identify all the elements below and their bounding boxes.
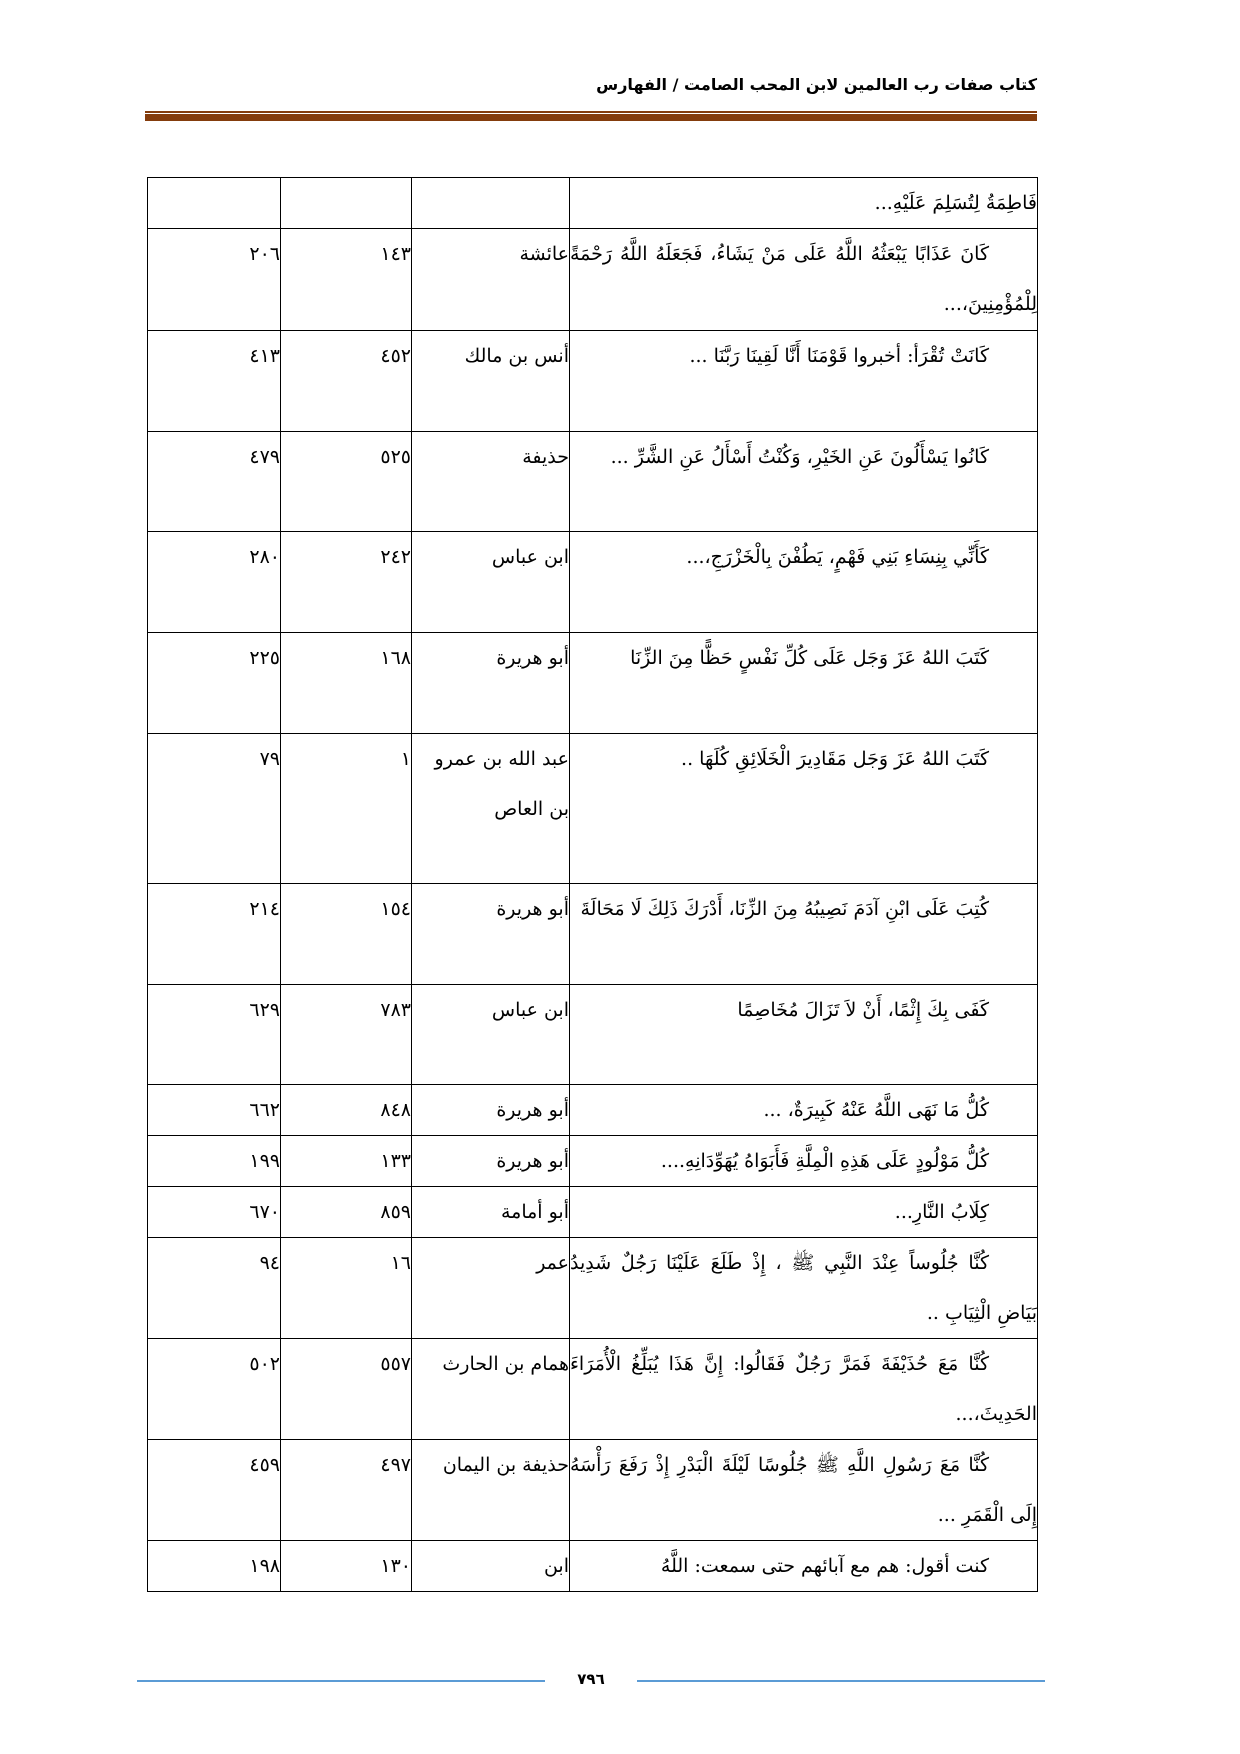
narrator-cell: ابن عباس <box>412 985 570 1085</box>
number-cell: ١٣٣ <box>281 1136 412 1187</box>
page-cell: ٤٧٩ <box>148 432 281 532</box>
page-cell: ٢٢٥ <box>148 633 281 734</box>
header-rule-thick <box>145 114 1037 121</box>
table-row: كَتَبَ اللهُ عَزَ وَجَل مَقَادِيرَ الْخَ… <box>148 734 1038 884</box>
hadith-text-value: كَانَتْ تُقْرَأ: أخبروا قَوْمَنَا أَنَّا… <box>570 331 1037 381</box>
narrator-value: حذيفة بن اليمان <box>443 1454 569 1476</box>
hadith-text-value: كَانَ عَذَابًا يَبْعَثُهُ اللَّهُ عَلَى … <box>570 229 1037 329</box>
page-footer: ٧٩٦ <box>137 1666 1045 1696</box>
narrator-cell: حذيفة بن اليمان <box>412 1440 570 1541</box>
number-value: ٧٨٣ <box>380 999 411 1021</box>
header-rule-thin <box>145 111 1037 113</box>
page-value: ٦٦٢ <box>249 1099 280 1121</box>
page-value: ٢١٤ <box>249 898 280 920</box>
number-value: ٨٤٨ <box>380 1099 411 1121</box>
number-cell: ٢٤٢ <box>281 532 412 633</box>
footer-rule-right <box>637 1680 1045 1682</box>
page-cell: ٧٩ <box>148 734 281 884</box>
hadith-text-cell: فَاطِمَةُ لِتُسَلِمَ عَلَيْهِ... <box>570 178 1038 229</box>
number-value: ٨٥٩ <box>380 1201 411 1223</box>
narrator-cell: عبد الله بن عمرو بن العاص <box>412 734 570 884</box>
page-value: ١٩٨ <box>249 1555 280 1577</box>
hadith-text-value: كَتَبَ اللهُ عَزَ وَجَل مَقَادِيرَ الْخَ… <box>570 734 1037 784</box>
number-cell: ٥٥٧ <box>281 1339 412 1440</box>
table-row: كُتِبَ عَلَى ابْنِ آدَمَ نَصِيبُهُ مِنَ … <box>148 884 1038 985</box>
hadith-text-cell: كُنَّا جُلُوساً عِنْدَ النَّبِي ﷺ ، إِذْ… <box>570 1238 1038 1339</box>
hadith-text-cell: كُلُّ مَوْلُودٍ عَلَى هَذِهِ الْمِلَّةِ … <box>570 1136 1038 1187</box>
number-cell: ١٦٨ <box>281 633 412 734</box>
table-row: كَانُوا يَسْأَلُونَ عَنِ الخَيْرِ، وَكُن… <box>148 432 1038 532</box>
page-cell: ٤١٣ <box>148 331 281 432</box>
page-value: ١٩٩ <box>249 1150 280 1172</box>
table-row: كَفَى بِكَ إِثْمًا، أَنْ لاَ تَزَالَ مُخ… <box>148 985 1038 1085</box>
hadith-text-value: كَأَنِّي بِنِسَاءِ بَنِي فَهْمٍ، يَطُفْن… <box>570 532 1037 582</box>
narrator-value: أنس بن مالك <box>465 345 569 367</box>
number-value: ٤٩٧ <box>380 1454 411 1476</box>
page-cell: ٥٠٢ <box>148 1339 281 1440</box>
page-cell <box>148 178 281 229</box>
narrator-cell: أبو هريرة <box>412 633 570 734</box>
page-value: ٤١٣ <box>249 345 280 367</box>
page-number: ٧٩٦ <box>545 1666 637 1692</box>
narrator-cell: ابن <box>412 1541 570 1592</box>
narrator-value: أبو هريرة <box>496 1099 569 1121</box>
number-cell: ٤٥٢ <box>281 331 412 432</box>
narrator-value: ابن عباس <box>492 546 569 568</box>
narrator-value: ابن <box>544 1555 569 1577</box>
page-cell: ٢٠٦ <box>148 229 281 331</box>
page-cell: ٤٥٩ <box>148 1440 281 1541</box>
hadith-text-value: كُنَّا مَعَ رَسُولِ اللَّهِ ﷺ جُلُوسًا ل… <box>570 1440 1037 1540</box>
table-row: كِلَابُ النَّارِ...أبو أمامة٨٥٩٦٧٠ <box>148 1187 1038 1238</box>
narrator-cell: أنس بن مالك <box>412 331 570 432</box>
page-value: ٦٧٠ <box>249 1201 280 1223</box>
number-value: ٥٢٥ <box>380 446 411 468</box>
page-value: ٩٤ <box>260 1252 280 1274</box>
hadith-text-value: كُتِبَ عَلَى ابْنِ آدَمَ نَصِيبُهُ مِنَ … <box>570 884 1037 934</box>
number-value: ١ <box>401 748 411 770</box>
number-cell: ٤٩٧ <box>281 1440 412 1541</box>
number-cell <box>281 178 412 229</box>
page-value: ٥٠٢ <box>249 1353 280 1375</box>
hadith-text-value: كُنَّا جُلُوساً عِنْدَ النَّبِي ﷺ ، إِذْ… <box>570 1238 1037 1338</box>
table-row: كَأَنِّي بِنِسَاءِ بَنِي فَهْمٍ، يَطُفْن… <box>148 532 1038 633</box>
table-row: كُلُّ مَوْلُودٍ عَلَى هَذِهِ الْمِلَّةِ … <box>148 1136 1038 1187</box>
table-row: كنت أقول: هم مع آبائهم حتى سمعت: اللَّهُ… <box>148 1541 1038 1592</box>
page-cell: ٢١٤ <box>148 884 281 985</box>
number-value: ١٣٠ <box>380 1555 411 1577</box>
hadith-text-cell: كَانَ عَذَابًا يَبْعَثُهُ اللَّهُ عَلَى … <box>570 229 1038 331</box>
page-value: ٤٥٩ <box>249 1454 280 1476</box>
hadith-text-cell: كنت أقول: هم مع آبائهم حتى سمعت: اللَّهُ <box>570 1541 1038 1592</box>
hadith-text-cell: كَفَى بِكَ إِثْمًا، أَنْ لاَ تَزَالَ مُخ… <box>570 985 1038 1085</box>
number-cell: ١٦ <box>281 1238 412 1339</box>
number-cell: ٨٤٨ <box>281 1085 412 1136</box>
page-value: ٢٨٠ <box>249 546 280 568</box>
hadith-text-cell: كَانَتْ تُقْرَأ: أخبروا قَوْمَنَا أَنَّا… <box>570 331 1038 432</box>
table-row: كَانَتْ تُقْرَأ: أخبروا قَوْمَنَا أَنَّا… <box>148 331 1038 432</box>
table-row: كُنَّا مَعَ رَسُولِ اللَّهِ ﷺ جُلُوسًا ل… <box>148 1440 1038 1541</box>
page-cell: ٦٦٢ <box>148 1085 281 1136</box>
hadith-text-cell: كُتِبَ عَلَى ابْنِ آدَمَ نَصِيبُهُ مِنَ … <box>570 884 1038 985</box>
hadith-text-value: كُلُّ مَا نَهَى اللَّهُ عَنْهُ كَبِيرَةٌ… <box>570 1085 1037 1135</box>
hadith-text-value: فَاطِمَةُ لِتُسَلِمَ عَلَيْهِ... <box>570 178 1037 228</box>
hadith-text-cell: كُنَّا مَعَ رَسُولِ اللَّهِ ﷺ جُلُوسًا ل… <box>570 1440 1038 1541</box>
narrator-value: عبد الله بن عمرو بن العاص <box>435 748 569 820</box>
hadith-text-cell: كُلُّ مَا نَهَى اللَّهُ عَنْهُ كَبِيرَةٌ… <box>570 1085 1038 1136</box>
hadith-text-value: كنت أقول: هم مع آبائهم حتى سمعت: اللَّهُ <box>570 1541 1037 1591</box>
hadith-text-cell: كِلَابُ النَّارِ... <box>570 1187 1038 1238</box>
page-cell: ٢٨٠ <box>148 532 281 633</box>
narrator-value: أبو هريرة <box>496 647 569 669</box>
hadith-text-cell: كُنَّا مَعَ حُذَيْفَةَ فَمَرَّ رَجُلٌ فَ… <box>570 1339 1038 1440</box>
hadith-text-cell: كَتَبَ اللهُ عَزَ وَجَل عَلَى كُلِّ نَفْ… <box>570 633 1038 734</box>
number-value: ٥٥٧ <box>380 1353 411 1375</box>
hadith-text-cell: كَأَنِّي بِنِسَاءِ بَنِي فَهْمٍ، يَطُفْن… <box>570 532 1038 633</box>
narrator-value: أبو هريرة <box>496 1150 569 1172</box>
running-header: كتاب صفات رب العالمين لابن المحب الصامت … <box>145 70 1037 100</box>
narrator-cell: أبو هريرة <box>412 1085 570 1136</box>
narrator-value: أبو هريرة <box>496 898 569 920</box>
narrator-cell: أبو أمامة <box>412 1187 570 1238</box>
narrator-cell: همام بن الحارث <box>412 1339 570 1440</box>
number-cell: ٨٥٩ <box>281 1187 412 1238</box>
number-cell: ١٣٠ <box>281 1541 412 1592</box>
hadith-index-table: فَاطِمَةُ لِتُسَلِمَ عَلَيْهِ...كَانَ عَ… <box>147 177 1038 1592</box>
narrator-cell: أبو هريرة <box>412 1136 570 1187</box>
narrator-value: ابن عباس <box>492 999 569 1021</box>
footer-rule-left <box>137 1680 545 1682</box>
page-cell: ٦٧٠ <box>148 1187 281 1238</box>
page-value: ٧٩ <box>260 748 280 770</box>
narrator-value: عمر <box>536 1252 569 1274</box>
page-value: ٤٧٩ <box>249 446 280 468</box>
number-cell: ١٥٤ <box>281 884 412 985</box>
page-value: ٦٢٩ <box>249 999 280 1021</box>
page-cell: ١٩٩ <box>148 1136 281 1187</box>
narrator-value: أبو أمامة <box>501 1201 569 1223</box>
number-value: ١٥٤ <box>380 898 411 920</box>
hadith-text-cell: كَانُوا يَسْأَلُونَ عَنِ الخَيْرِ، وَكُن… <box>570 432 1038 532</box>
hadith-text-value: كَفَى بِكَ إِثْمًا، أَنْ لاَ تَزَالَ مُخ… <box>570 985 1037 1035</box>
narrator-cell <box>412 178 570 229</box>
page-cell: ٩٤ <box>148 1238 281 1339</box>
narrator-value: همام بن الحارث <box>442 1353 569 1375</box>
number-value: ١٣٣ <box>380 1150 411 1172</box>
number-value: ١٦٨ <box>380 647 411 669</box>
narrator-value: حذيفة <box>522 446 569 468</box>
table-row: كَانَ عَذَابًا يَبْعَثُهُ اللَّهُ عَلَى … <box>148 229 1038 331</box>
number-cell: ٥٢٥ <box>281 432 412 532</box>
hadith-text-value: كُلُّ مَوْلُودٍ عَلَى هَذِهِ الْمِلَّةِ … <box>570 1136 1037 1186</box>
table-row: كَتَبَ اللهُ عَزَ وَجَل عَلَى كُلِّ نَفْ… <box>148 633 1038 734</box>
number-cell: ١٤٣ <box>281 229 412 331</box>
table-row: كُنَّا جُلُوساً عِنْدَ النَّبِي ﷺ ، إِذْ… <box>148 1238 1038 1339</box>
narrator-cell: عمر <box>412 1238 570 1339</box>
number-value: ٢٤٢ <box>380 546 411 568</box>
hadith-text-value: كَتَبَ اللهُ عَزَ وَجَل عَلَى كُلِّ نَفْ… <box>570 633 1037 683</box>
table-row: كُلُّ مَا نَهَى اللَّهُ عَنْهُ كَبِيرَةٌ… <box>148 1085 1038 1136</box>
number-value: ١٤٣ <box>380 243 411 265</box>
number-cell: ٧٨٣ <box>281 985 412 1085</box>
narrator-cell: حذيفة <box>412 432 570 532</box>
narrator-cell: أبو هريرة <box>412 884 570 985</box>
page-cell: ١٩٨ <box>148 1541 281 1592</box>
table-row: فَاطِمَةُ لِتُسَلِمَ عَلَيْهِ... <box>148 178 1038 229</box>
number-value: ٤٥٢ <box>380 345 411 367</box>
hadith-text-value: كُنَّا مَعَ حُذَيْفَةَ فَمَرَّ رَجُلٌ فَ… <box>570 1339 1037 1439</box>
narrator-cell: ابن عباس <box>412 532 570 633</box>
number-cell: ١ <box>281 734 412 884</box>
hadith-text-value: كَانُوا يَسْأَلُونَ عَنِ الخَيْرِ، وَكُن… <box>570 432 1037 482</box>
page-value: ٢٢٥ <box>249 647 280 669</box>
page-value: ٢٠٦ <box>249 243 280 265</box>
page-cell: ٦٢٩ <box>148 985 281 1085</box>
hadith-text-cell: كَتَبَ اللهُ عَزَ وَجَل مَقَادِيرَ الْخَ… <box>570 734 1038 884</box>
hadith-text-value: كِلَابُ النَّارِ... <box>570 1187 1037 1237</box>
number-value: ١٦ <box>391 1252 411 1274</box>
narrator-cell: عائشة <box>412 229 570 331</box>
narrator-value: عائشة <box>519 243 569 265</box>
table-row: كُنَّا مَعَ حُذَيْفَةَ فَمَرَّ رَجُلٌ فَ… <box>148 1339 1038 1440</box>
